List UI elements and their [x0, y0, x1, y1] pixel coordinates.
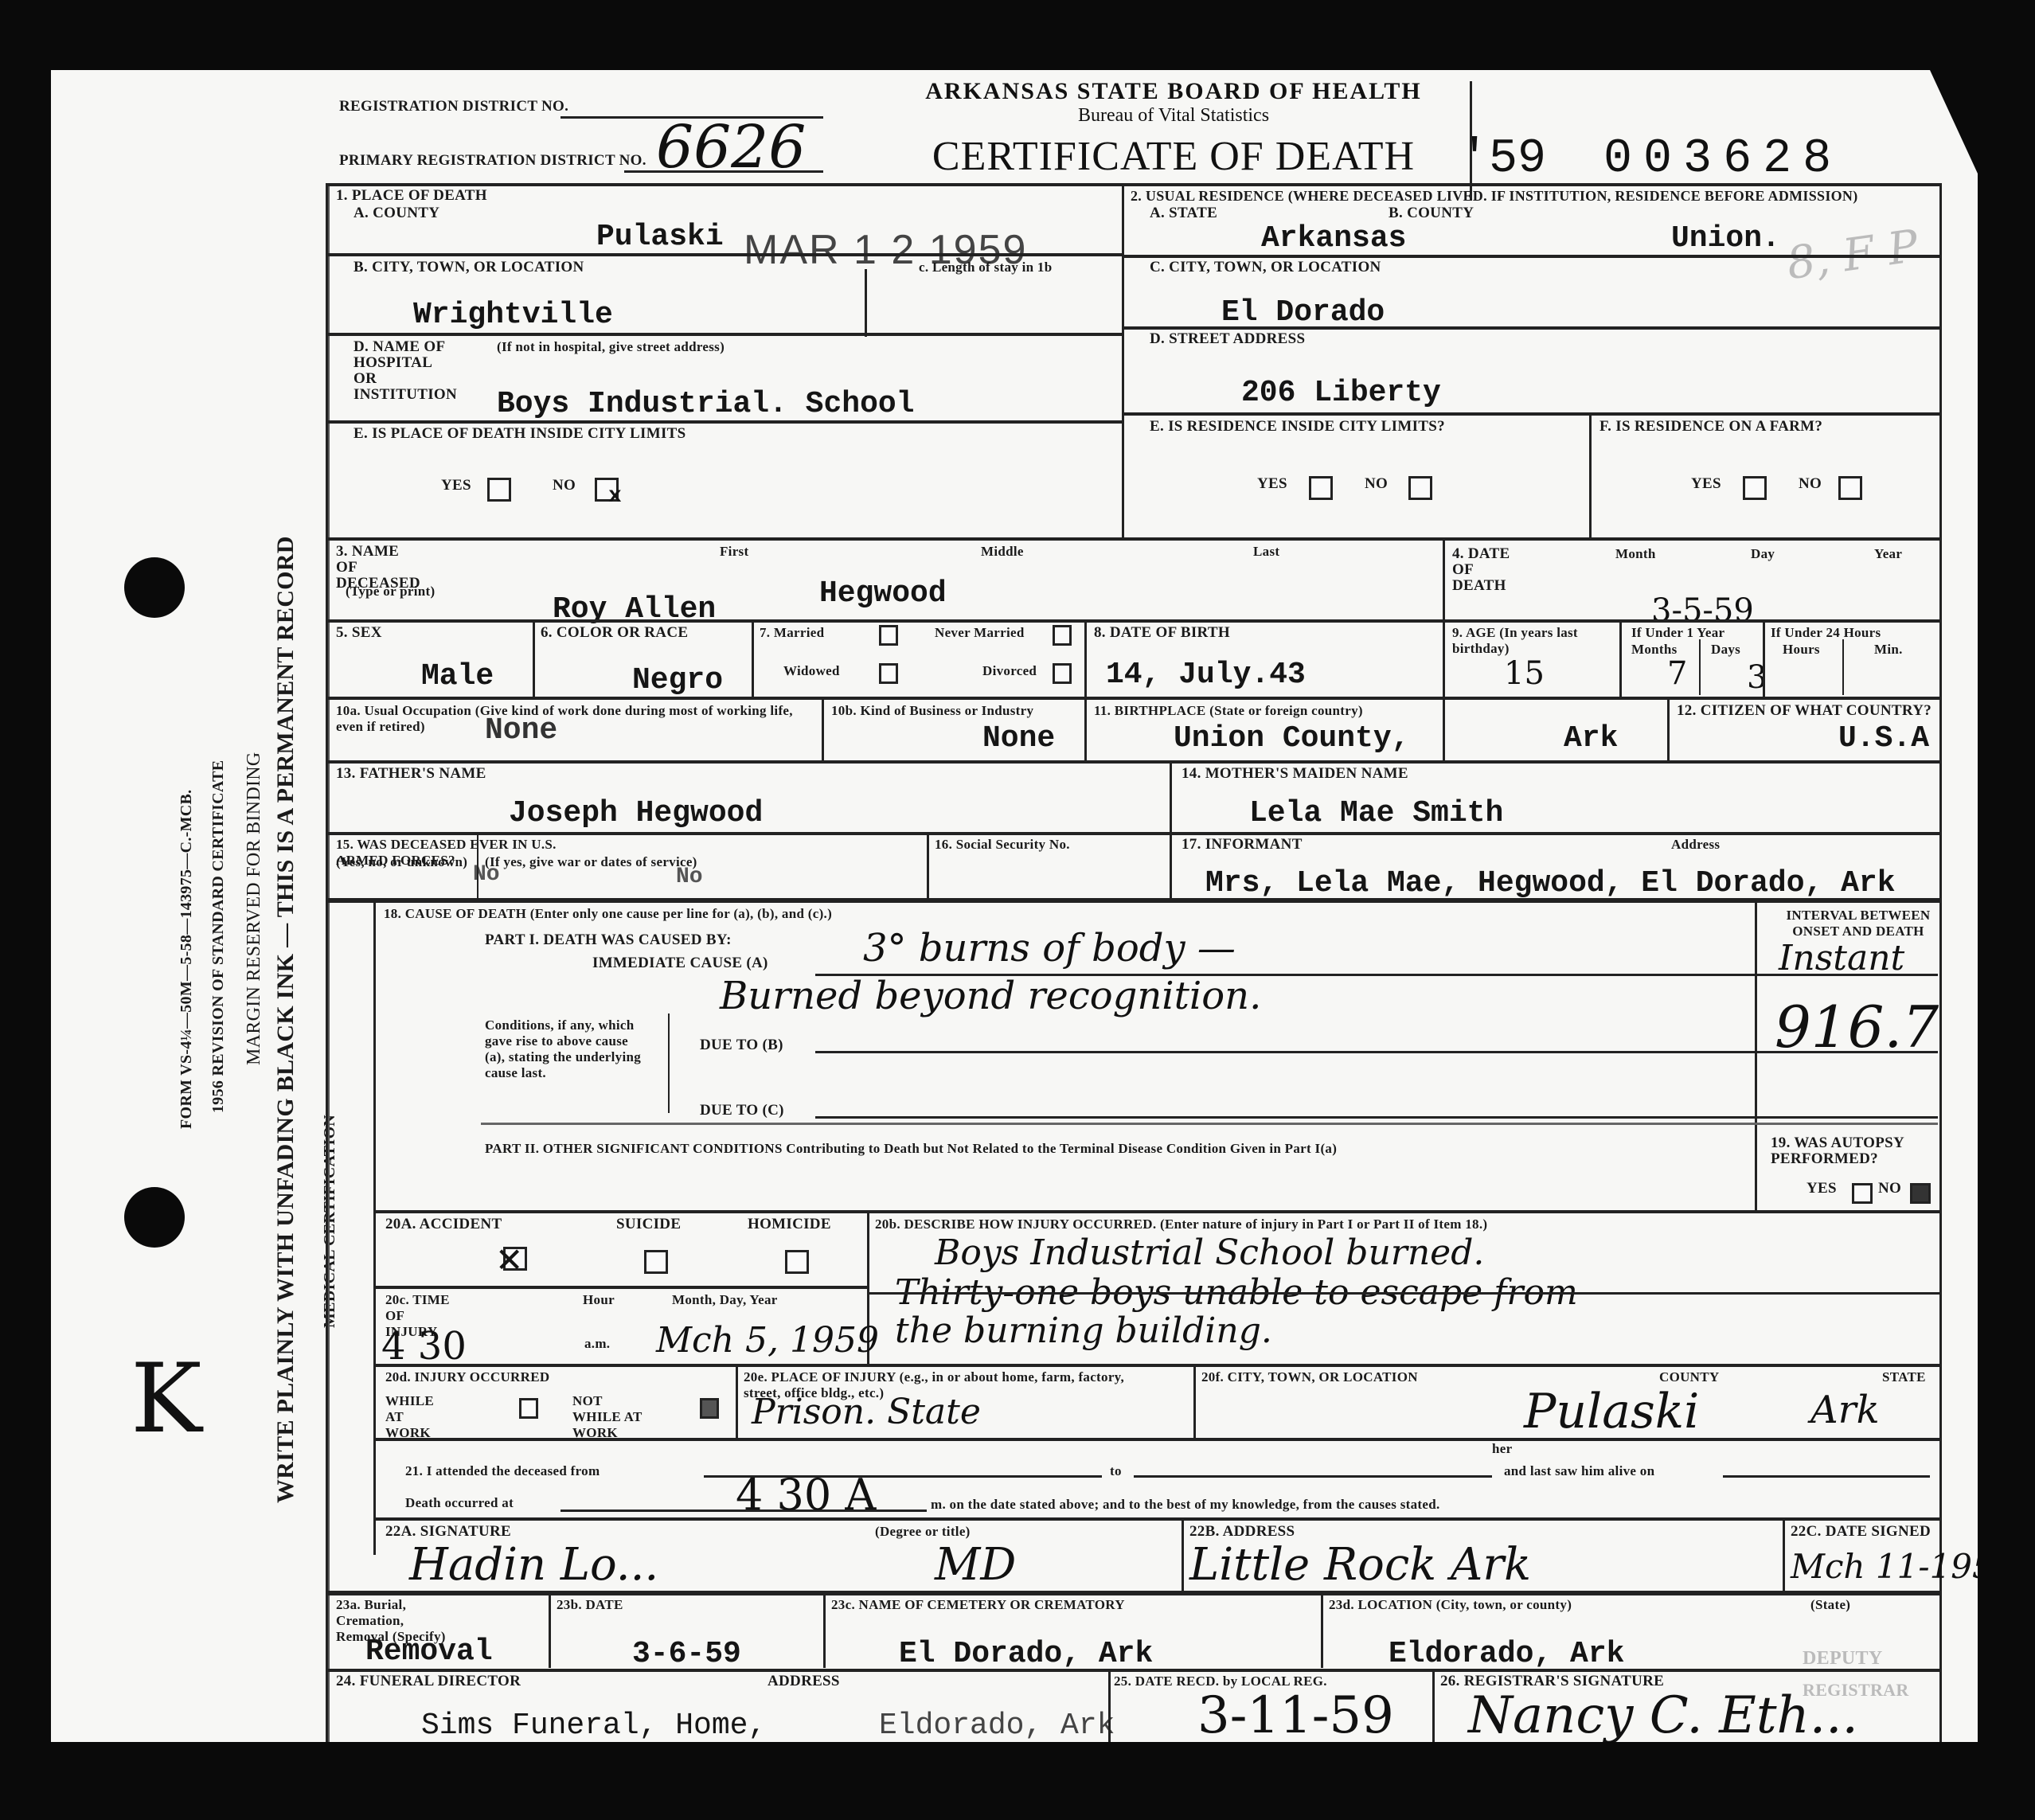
- days-label: Days: [1711, 642, 1740, 658]
- widowed-checkbox[interactable]: [879, 663, 898, 684]
- date-received: 3-11-59: [1197, 1686, 1394, 1745]
- married-label: 7. Married: [760, 625, 824, 641]
- death-city: Wrightville: [413, 298, 613, 332]
- funeral-director: Sims Funeral, Home,: [421, 1709, 766, 1743]
- binding-hole-bottom: [124, 1187, 185, 1248]
- inside-limits-label: e. IS PLACE OF DEATH INSIDE CITY LIMITS: [353, 426, 685, 442]
- deceased-name-hint: (Type or print): [346, 584, 435, 600]
- deputy-stamp: DEPUTY: [1803, 1650, 1882, 1666]
- age-label: 9. AGE (In years last birthday): [1452, 625, 1588, 657]
- birthplace-label: 11. BIRTHPLACE (State or foreign country…: [1094, 703, 1363, 719]
- handwritten-mark: K: [131, 1344, 202, 1455]
- due-to-b-label: DUE TO (b): [700, 1037, 783, 1053]
- sex-value: Male: [421, 659, 494, 693]
- age-months: 7: [1667, 655, 1687, 692]
- funeral-address-label: ADDRESS: [768, 1674, 840, 1689]
- middle-name-label: Middle: [981, 544, 1024, 560]
- burial-date-label: 23b. DATE: [557, 1597, 623, 1613]
- institution-name: Boys Industrial. School: [497, 387, 915, 421]
- funeral-director-label: 24. FUNERAL DIRECTOR: [336, 1674, 521, 1689]
- autopsy-yes-label: YES: [1807, 1181, 1837, 1197]
- residence-city: El Dorado: [1221, 295, 1385, 330]
- residence-inside-limits-label: e. IS RESIDENCE INSIDE CITY LIMITS?: [1150, 419, 1445, 435]
- primary-reg-value: 6626: [656, 113, 806, 182]
- burial-state-label: (State): [1810, 1597, 1850, 1613]
- injury-state: Ark: [1810, 1388, 1880, 1432]
- injury-county-label: COUNTY: [1659, 1369, 1719, 1385]
- injury-am: a.m.: [584, 1336, 610, 1352]
- cemetery-name: El Dorado, Ark: [899, 1637, 1153, 1671]
- residence-street: 206 Liberty: [1241, 376, 1441, 410]
- dob-value: 14, July.43: [1106, 658, 1306, 692]
- widowed-label: Widowed: [783, 663, 840, 679]
- suicide-label: SUICIDE: [616, 1217, 681, 1232]
- never-married-label: Never Married: [935, 625, 1025, 641]
- business-label: 10b. Kind of Business or Industry: [831, 703, 1033, 719]
- farm-no-label: NO: [1799, 476, 1822, 492]
- injury-time: 4 30: [381, 1324, 467, 1369]
- certificate-number: '59 003628: [1460, 132, 1842, 186]
- father-label: 13. FATHER'S NAME: [336, 766, 486, 782]
- immediate-cause-label: IMMEDIATE CAUSE (a): [592, 955, 768, 971]
- autopsy-no-checkbox[interactable]: [1910, 1183, 1931, 1204]
- deceased-last: Hegwood: [819, 576, 947, 611]
- describe-injury-label: 20b. DESCRIBE HOW INJURY OCCURRED. (Ente…: [875, 1217, 1487, 1232]
- divorced-label: Divorced: [982, 663, 1037, 679]
- part2-label: PART II. OTHER SIGNIFICANT CONDITIONS Co…: [485, 1141, 1751, 1157]
- residence-city-label: c. CITY, TOWN, OR LOCATION: [1150, 260, 1381, 275]
- injury-state-label: STATE: [1882, 1369, 1926, 1385]
- inside-limits-yes-label: YES: [441, 478, 471, 494]
- header-block: ARKANSAS STATE BOARD OF HEALTH Bureau of…: [855, 78, 1492, 180]
- injury-occurred-label: 20d. INJURY OCCURRED: [385, 1369, 549, 1385]
- autopsy-label: 19. WAS AUTOPSY PERFORMED?: [1771, 1135, 1930, 1167]
- race-value: Negro: [632, 663, 723, 697]
- while-at-work-label: WHILE AT WORK: [385, 1393, 449, 1441]
- injury-date-label: Month, Day, Year: [672, 1292, 778, 1308]
- burial-location: Eldorado, Ark: [1389, 1637, 1624, 1671]
- board-name: ARKANSAS STATE BOARD OF HEALTH: [855, 78, 1492, 105]
- death-occurred-tail: m. on the date stated above; and to the …: [931, 1497, 1440, 1513]
- hour-label: Hour: [583, 1292, 615, 1308]
- revision-note: 1956 REVISION OF STANDARD CERTIFICATE: [210, 760, 226, 1113]
- citizen-label: 12. CITIZEN OF WHAT COUNTRY?: [1677, 703, 1931, 719]
- informant-address-label: Address: [1671, 837, 1720, 853]
- citizen-value: U.S.A: [1838, 721, 1929, 756]
- last-seen-label: and last saw him alive on: [1504, 1463, 1654, 1479]
- part1-label: PART I. DEATH WAS CAUSED BY:: [485, 932, 732, 948]
- institution-hint: (If not in hospital, give street address…: [497, 339, 725, 355]
- physician-degree: MD: [935, 1539, 1016, 1591]
- month-label: Month: [1615, 546, 1656, 562]
- degree-label: (Degree or title): [875, 1524, 971, 1540]
- father-name: Joseph Hegwood: [509, 796, 763, 830]
- suicide-checkbox[interactable]: [644, 1250, 668, 1274]
- not-while-at-work-label: NOT WHILE AT WORK: [572, 1393, 652, 1441]
- institution-label: d. NAME OF HOSPITAL OR INSTITUTION: [353, 339, 457, 403]
- inside-limits-mark: x: [608, 484, 622, 509]
- injury-date: Mch 5, 1959: [656, 1320, 879, 1361]
- length-of-stay-label: c. Length of stay in 1b: [919, 260, 1052, 275]
- primary-reg-label: Primary Registration District No.: [339, 153, 646, 169]
- residence-label: 2. USUAL RESIDENCE (Where deceased lived…: [1131, 188, 1935, 204]
- burial-type: Removal: [365, 1634, 493, 1669]
- divorced-checkbox[interactable]: [1053, 663, 1072, 684]
- physician-address: Little Rock Ark: [1189, 1539, 1531, 1591]
- cert-year: '59: [1460, 132, 1546, 186]
- farm-yes-checkbox[interactable]: [1743, 476, 1767, 500]
- occupation-label: 10a. Usual Occupation (Give kind of work…: [336, 703, 814, 735]
- ink-instruction: WRITE PLAINLY WITH UNFADING BLACK INK — …: [278, 536, 294, 1503]
- death-county: Pulaski: [596, 220, 724, 254]
- residence-county: Union.: [1671, 221, 1780, 256]
- inside-limits-no-label: NO: [553, 478, 576, 494]
- day-label: Day: [1751, 546, 1775, 562]
- farm-no-checkbox[interactable]: [1838, 476, 1862, 500]
- residence-street-label: d. STREET ADDRESS: [1150, 331, 1305, 347]
- birthplace-state: Ark: [1564, 721, 1618, 756]
- homicide-checkbox[interactable]: [785, 1250, 809, 1274]
- burial-date: 3-6-59: [632, 1637, 741, 1671]
- cemetery-label: 23c. NAME OF CEMETERY OR CREMATORY: [831, 1597, 1125, 1613]
- inside-limits-yes-checkbox[interactable]: [487, 478, 511, 502]
- farm-yes-label: YES: [1691, 476, 1721, 492]
- interval-label: INTERVAL BETWEEN ONSET AND DEATH: [1783, 908, 1934, 939]
- immediate-cause-2: Burned beyond recognition.: [720, 974, 1261, 1018]
- describe-injury-3: the burning building.: [895, 1310, 1272, 1351]
- dob-label: 8. DATE OF BIRTH: [1094, 625, 1230, 641]
- bureau-name: Bureau of Vital Statistics: [855, 105, 1492, 127]
- conditions-label: Conditions, if any, which gave rise to a…: [485, 1017, 644, 1081]
- last-name-label: Last: [1253, 544, 1279, 560]
- residence-inside-yes-checkbox[interactable]: [1309, 476, 1333, 500]
- occupation-value: None: [485, 713, 557, 748]
- signature-label: 22a. SIGNATURE: [385, 1524, 511, 1540]
- first-name-label: First: [720, 544, 748, 560]
- race-label: 6. COLOR OR RACE: [541, 625, 688, 641]
- physician-signature: Hadin Lo...: [409, 1539, 658, 1591]
- city-label: b. CITY, TOWN, OR LOCATION: [353, 260, 584, 275]
- under-1-year-label: If Under 1 Year: [1631, 625, 1724, 641]
- residence-state: Arkansas: [1261, 221, 1406, 256]
- due-to-c-label: DUE TO (c): [700, 1103, 784, 1119]
- medical-certification-label: MEDICAL CERTIFICATION: [322, 1115, 338, 1328]
- date-of-death-label: 4. DATE OF DEATH: [1452, 546, 1524, 594]
- cert-number: 003628: [1603, 132, 1842, 186]
- interval-value: Instant: [1779, 938, 1904, 978]
- burial-location-label: 23d. LOCATION (City, town, or county): [1329, 1597, 1572, 1613]
- date-of-death: 3-5-59: [1651, 592, 1754, 629]
- accident-label: 20a. ACCIDENT: [385, 1217, 502, 1232]
- mother-label: 14. MOTHER'S MAIDEN NAME: [1182, 766, 1408, 782]
- informant-label: 17. INFORMANT: [1182, 837, 1303, 853]
- her-label: her: [1492, 1441, 1512, 1457]
- homicide-label: HOMICIDE: [748, 1217, 831, 1232]
- certificate-paper: Form VS-4¼—50M—5-58—143975—C.-McB. 1956 …: [51, 70, 1978, 1742]
- under-24-hours-label: If Under 24 Hours: [1771, 625, 1881, 641]
- attended-to-label: to: [1110, 1463, 1122, 1479]
- attended-from-label: 21. I attended the deceased from: [405, 1463, 600, 1479]
- ssn-label: 16. Social Security No.: [935, 837, 1070, 853]
- min-label: Min.: [1874, 642, 1903, 658]
- informant-value: Mrs, Lela Mae, Hegwood, El Dorado, Ark: [1205, 866, 1896, 900]
- binding-note: Margin Reserved for Binding: [246, 752, 262, 1065]
- residence-inside-no-checkbox[interactable]: [1408, 476, 1432, 500]
- residence-inside-yes-label: YES: [1257, 476, 1287, 492]
- county-label: a. COUNTY: [353, 205, 439, 221]
- mother-name: Lela Mae Smith: [1249, 796, 1503, 830]
- married-checkbox[interactable]: [879, 625, 898, 646]
- describe-injury-1: Boys Industrial School burned.: [935, 1232, 1484, 1273]
- death-occurred-label: Death occurred at: [405, 1495, 514, 1511]
- armed-forces-war-value: No: [676, 865, 703, 889]
- autopsy-no-label: NO: [1878, 1181, 1901, 1197]
- place-of-death-label: 1. PLACE OF DEATH: [336, 188, 487, 204]
- not-while-at-work-checkbox[interactable]: [700, 1398, 719, 1419]
- binding-hole-top: [124, 557, 185, 618]
- immediate-cause-1: 3° burns of body —: [863, 926, 1236, 971]
- registrar-signature: Nancy C. Eth...: [1468, 1686, 1858, 1745]
- reg-district-label: Registration District No.: [339, 99, 568, 115]
- place-of-injury: Prison. State: [752, 1392, 981, 1432]
- age-years: 15: [1504, 655, 1545, 692]
- funeral-address: Eldorado, Ark: [879, 1709, 1115, 1743]
- residence-inside-no-label: NO: [1365, 476, 1388, 492]
- armed-forces-hint: (Yes, no, or unknown): [336, 854, 467, 870]
- armed-forces-war-hint: (If yes, give war or dates of service): [485, 854, 697, 870]
- hours-label: Hours: [1783, 642, 1820, 658]
- date-signed-label: 22c. DATE SIGNED: [1791, 1524, 1931, 1540]
- birthplace-county: Union County,: [1174, 721, 1409, 756]
- form-id: Form VS-4¼—50M—5-58—143975—C.-McB.: [178, 790, 194, 1129]
- while-at-work-checkbox[interactable]: [519, 1398, 538, 1419]
- autopsy-yes-checkbox[interactable]: [1852, 1183, 1873, 1204]
- business-value: None: [982, 721, 1055, 756]
- year-label: Year: [1874, 546, 1902, 562]
- accident-check-mark: ✕: [497, 1234, 521, 1284]
- residence-county-label: b. COUNTY: [1389, 205, 1474, 221]
- cause-label: 18. CAUSE OF DEATH (Enter only one cause…: [384, 906, 832, 922]
- residence-state-label: a. STATE: [1150, 205, 1217, 221]
- injury-county: Pulaski: [1524, 1384, 1699, 1439]
- date-signed: Mch 11-1959: [1791, 1547, 2014, 1586]
- residence-farm-label: f. IS RESIDENCE ON A FARM?: [1599, 419, 1822, 435]
- document-title: CERTIFICATE OF DEATH: [855, 133, 1492, 180]
- injury-city-label: 20f. CITY, TOWN, OR LOCATION: [1201, 1369, 1418, 1385]
- physician-address-label: 22b. ADDRESS: [1189, 1524, 1295, 1540]
- death-time: 4 30 A: [736, 1470, 876, 1520]
- sex-label: 5. SEX: [336, 625, 382, 641]
- never-married-checkbox[interactable]: [1053, 625, 1072, 646]
